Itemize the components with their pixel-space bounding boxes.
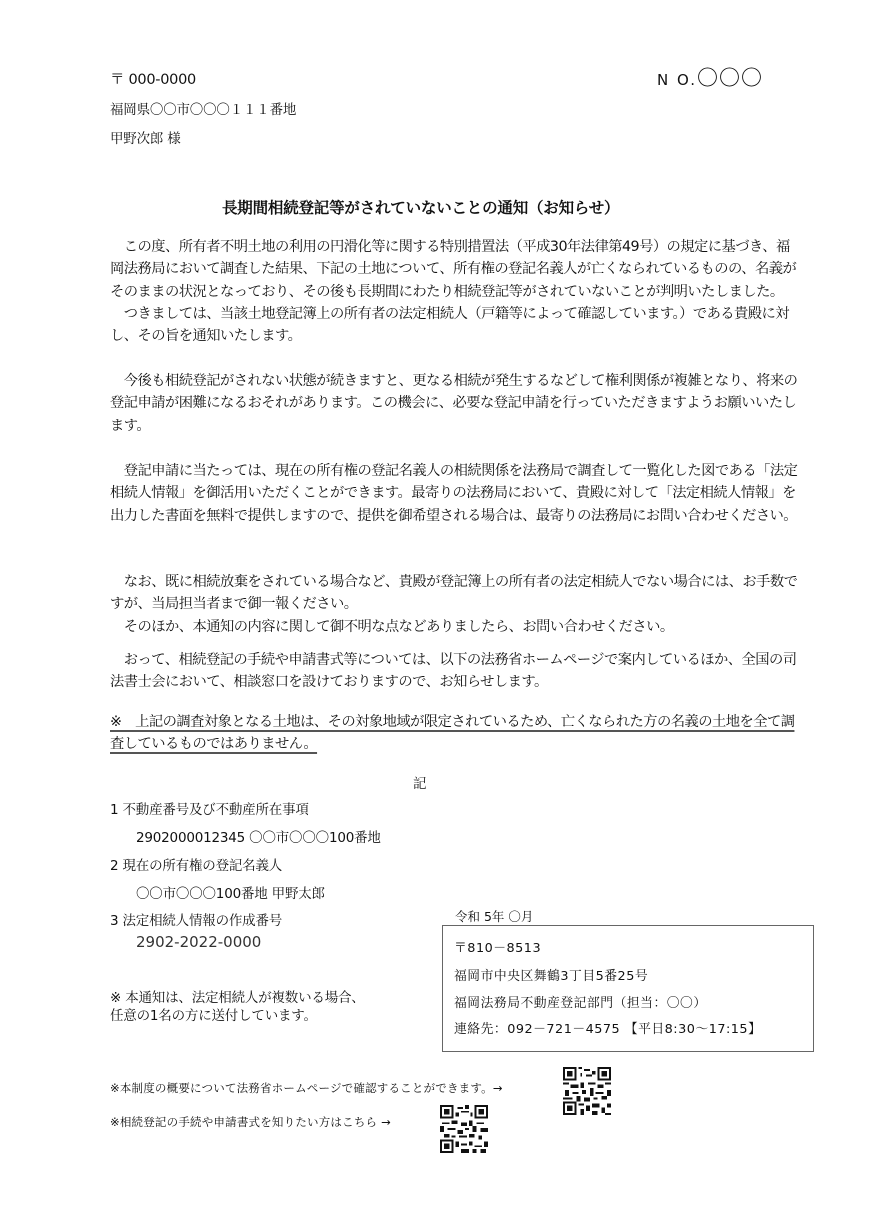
paragraph-notification: つきましては、当該土地登記簿上の所有者の法定相続人（戸籍等によって確認しています… — [110, 303, 800, 348]
item-1-value: 2902000012345 〇〇市〇〇〇100番地 — [136, 826, 381, 846]
overview-link-text[interactable]: ※本制度の概要について法務省ホームページで確認することができます。→ — [110, 1080, 503, 1096]
issue-date: 令和 5年 〇月 — [455, 907, 533, 925]
contact-postal-code: 〒810－8513 — [454, 937, 541, 956]
qr-code-overview-icon[interactable] — [563, 1066, 611, 1116]
paragraph-inquiries: そのほか、本通知の内容に関して御不明な点などありましたら、お問い合わせください。 — [110, 616, 800, 638]
recipient-postal-code: 〒 000-0000 — [110, 68, 196, 89]
item-1-label: 1 不動産番号及び不動産所在事項 — [110, 798, 309, 818]
qr-code-procedures-icon[interactable] — [440, 1104, 488, 1154]
document-number-value: 〇〇〇 — [697, 66, 763, 90]
document-number: N O.〇〇〇 — [657, 62, 763, 92]
recipient-address: 福岡県〇〇市〇〇〇１１１番地 — [110, 98, 296, 118]
item-3-value: 2902-2022-0000 — [136, 933, 261, 951]
paragraph-notice: この度、所有者不明土地の利用の円滑化等に関する特別措置法（平成30年法律第49号… — [110, 236, 800, 303]
contact-box: 〒810－8513 福岡市中央区舞鶴3丁目5番25号 福岡法務局不動産登記部門（… — [442, 925, 814, 1052]
contact-address: 福岡市中央区舞鶴3丁目5番25号 — [454, 965, 648, 984]
recipient-note-line-1: ※ 本通知は、法定相続人が複数いる場合、 — [110, 986, 365, 1006]
body-section-1: この度、所有者不明土地の利用の円滑化等に関する特別措置法（平成30年法律第49号… — [110, 236, 800, 347]
contact-office: 福岡法務局不動産登記部門（担当：〇〇） — [454, 992, 707, 1011]
paragraph-heir-info: 登記申請に当たっては、現在の所有権の登記名義人の相続関係を法務局で調査して一覧化… — [110, 460, 800, 527]
recipient-name: 甲野次郎 様 — [110, 127, 181, 147]
underlined-note: ※ 上記の調査対象となる土地は、その対象地域が限定されているため、亡くなられた方… — [110, 711, 800, 756]
body-section-2: 今後も相続登記がされない状態が続きますと、更なる相続が発生するなどして権利関係が… — [110, 370, 800, 437]
item-2-label: 2 現在の所有権の登記名義人 — [110, 854, 282, 874]
page-title: 長期間相続登記等がされていないことの通知（お知らせ） — [222, 196, 619, 218]
item-3-label: 3 法定相続人情報の作成番号 — [110, 909, 282, 929]
body-section-note: ※ 上記の調査対象となる土地は、その対象地域が限定されているため、亡くなられた方… — [110, 711, 800, 756]
paragraph-consultation: おって、相続登記の手続や申請書式等については、以下の法務省ホームページで案内して… — [110, 649, 800, 694]
paragraph-request: 今後も相続登記がされない状態が続きますと、更なる相続が発生するなどして権利関係が… — [110, 370, 800, 437]
body-section-4: なお、既に相続放棄をされている場合など、貴殿が登記簿上の所有者の法定相続人でない… — [110, 571, 800, 638]
body-section-3: 登記申請に当たっては、現在の所有権の登記名義人の相続関係を法務局で調査して一覧化… — [110, 460, 800, 527]
paragraph-renunciation: なお、既に相続放棄をされている場合など、貴殿が登記簿上の所有者の法定相続人でない… — [110, 571, 800, 616]
procedures-link-text[interactable]: ※相続登記の手続や申請書式を知りたい方はこちら → — [110, 1114, 391, 1130]
ki-heading: 記 — [413, 772, 426, 792]
recipient-note-line-2: 任意の1名の方に送付しています。 — [110, 1004, 317, 1024]
item-2-value: 〇〇市〇〇〇100番地 甲野太郎 — [136, 882, 325, 902]
contact-phone: 連絡先：092－721－4575 【平日8:30～17:15】 — [454, 1018, 761, 1037]
document-number-prefix: N O. — [657, 71, 697, 89]
body-section-5: おって、相続登記の手続や申請書式等については、以下の法務省ホームページで案内して… — [110, 649, 800, 694]
